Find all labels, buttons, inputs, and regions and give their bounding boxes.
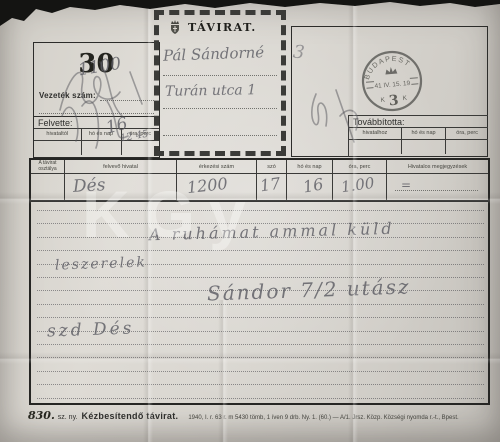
tovabbitotta-col-time: óra, perc	[446, 128, 488, 139]
tavirat-box: TÁVIRAT. Pál Sándorné Turán utca 1	[154, 10, 286, 156]
footer-print-info: 1940, I. r. 63 r. m 5430 tömb, 1 íven 9 …	[188, 415, 458, 421]
message-writing-line	[37, 250, 484, 251]
footer-imprint: 830. sz. ny. Kézbesítendő távirat. 1940,…	[28, 409, 492, 422]
felvette-col-office: hivataltól	[34, 129, 82, 140]
address-dotline-2	[163, 108, 277, 109]
message-line-4: szd Dés	[47, 318, 135, 341]
tovabbitotta-label: Továbbította:	[349, 116, 488, 127]
message-writing-line	[37, 304, 484, 305]
wire-number-dotline	[100, 100, 154, 101]
value-hour-minute: 1.00	[340, 174, 376, 196]
col-accepting-office: felvevő hivatal	[65, 160, 177, 173]
coat-of-arms-icon	[167, 19, 183, 35]
budapest-postmark-stamp: BUDAPEST 41 IV. 15. 19 K 3 K	[357, 46, 426, 115]
col-arrival-number: érkezési szám	[177, 160, 257, 173]
message-writing-line	[37, 210, 484, 211]
tovabbitotta-header-row: hivatalhoz hó és nap óra, perc	[349, 127, 488, 139]
postmark-right-letter: K	[402, 95, 408, 102]
message-writing-line	[37, 277, 484, 278]
col-official-remarks: Hivatalos megjegyzések	[387, 160, 488, 173]
message-writing-line	[37, 317, 484, 318]
address-dotline-1	[163, 75, 277, 76]
tovabbitotta-col-date: hó és nap	[402, 128, 446, 139]
postmark-crown-icon	[385, 67, 398, 75]
footer-form-number-suffix: sz. ny.	[58, 414, 78, 421]
wire-number-dotline2	[39, 113, 154, 114]
col-month-day: hó és nap	[287, 160, 333, 173]
value-month-day: 16	[302, 174, 325, 196]
felvette-empty-row	[34, 140, 159, 155]
telegram-paper: 30 Vezeték szám: 1100 Felvette: hivatalt…	[0, 0, 500, 442]
main-table-header-row: A távirat osztálya felvevő hivatal érkez…	[31, 160, 488, 174]
footer-title: Kézbesítendő távirat.	[82, 411, 179, 421]
postmark-left-letter: K	[380, 97, 386, 104]
col-telegram-class: A távirat osztálya	[31, 160, 65, 173]
addressee-name-handwriting: Pál Sándorné	[163, 43, 265, 65]
wire-number-label: Vezeték szám:	[39, 91, 96, 100]
telegram-main-box: A távirat osztálya felvevő hivatal érkez…	[29, 158, 490, 405]
message-writing-line	[37, 371, 484, 372]
value-official-remarks: =	[401, 178, 411, 192]
message-writing-line	[37, 357, 484, 358]
tavirat-title: TÁVIRAT.	[188, 21, 257, 34]
value-arrival-number: 1200	[186, 174, 228, 197]
felvette-label: Felvette:	[34, 117, 159, 128]
tovabbitotta-empty-row	[349, 139, 488, 154]
addressee-number-handwriting: 3	[292, 41, 306, 63]
value-word-count: 17	[259, 174, 282, 196]
tovabbitotta-col-office: hivatalhoz	[349, 128, 402, 139]
col-hour-minute: óra, perc	[333, 160, 387, 173]
wire-number-box: 30 Vezeték szám: 1100	[33, 42, 160, 117]
message-writing-line	[37, 384, 484, 385]
forwarding-box: BUDAPEST 41 IV. 15. 19 K 3 K Továbbított…	[291, 26, 488, 157]
value-accepting-office: Dés	[72, 175, 105, 197]
message-writing-line	[37, 344, 484, 345]
postmark-number: 3	[388, 93, 399, 110]
col-word-count: szó	[257, 160, 287, 173]
address-street-handwriting: Turán utca 1	[165, 82, 256, 100]
message-line-2: leszerelek	[55, 254, 147, 273]
address-dotline-3	[163, 135, 277, 136]
footer-form-number: 830.	[28, 409, 55, 422]
postmark-date: 41 IV. 15. 19	[374, 80, 411, 90]
main-table-data-row: Dés 1200 17 16 1.00 =	[31, 174, 488, 202]
tovabbitotta-section: Továbbította: hivatalhoz hó és nap óra, …	[348, 115, 488, 157]
message-writing-line	[37, 398, 484, 399]
